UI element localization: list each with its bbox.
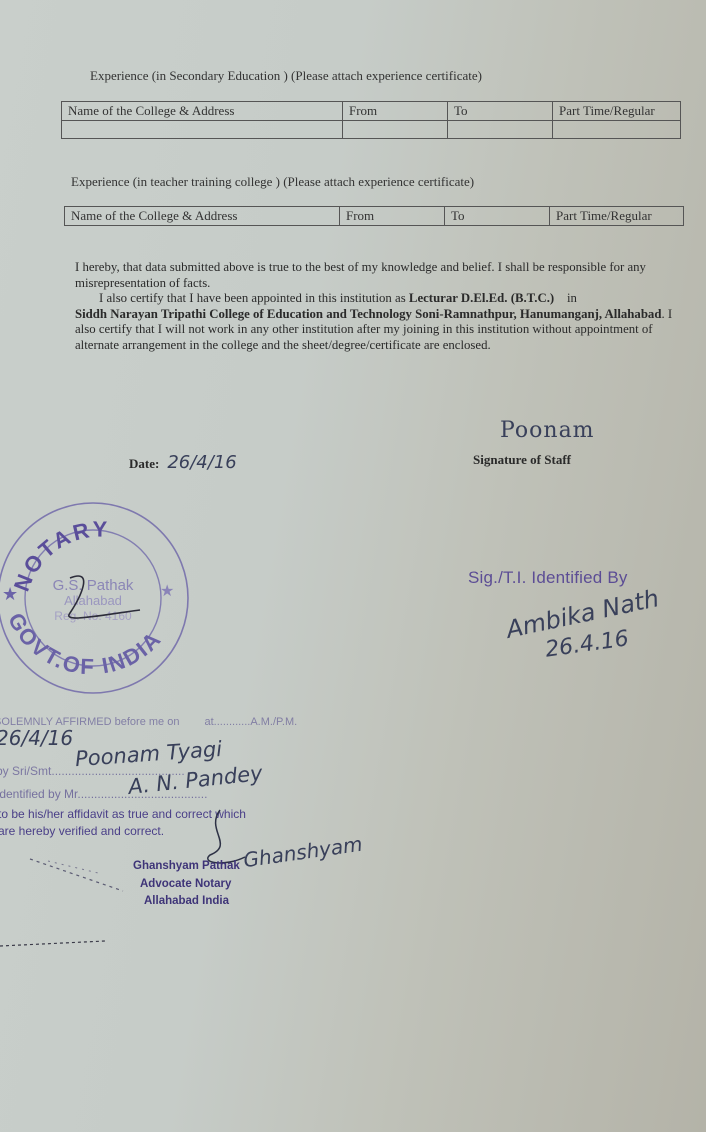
identified-by-label: Sig./T.I. Identified By: [468, 568, 628, 588]
column-header: Part Time/Regular: [553, 102, 681, 121]
dotted-line: [0, 938, 110, 950]
notary-stamp: NOTARY GOVT.OF INDIA G.S. Pathak Allahab…: [0, 498, 200, 708]
secondary-experience-title: Experience (in Secondary Education ) (Pl…: [90, 68, 482, 84]
declaration-text: in: [567, 291, 577, 305]
secondary-experience-table: Name of the College & Address From To Pa…: [61, 101, 681, 139]
notary-place: Allahabad India: [144, 895, 229, 907]
column-header: From: [340, 207, 445, 226]
table-cell: [343, 121, 448, 139]
notary-title: Advocate Notary: [140, 878, 231, 890]
training-experience-table: Name of the College & Address From To Pa…: [64, 206, 684, 226]
column-header: Name of the College & Address: [65, 207, 340, 226]
table-row: [62, 121, 681, 139]
stamp-smudge: [28, 855, 128, 895]
table-header-row: Name of the College & Address From To Pa…: [65, 207, 684, 226]
declaration-line-2: I also certify that I have been appointe…: [75, 291, 675, 307]
staff-signature: Poonam: [500, 418, 595, 443]
star-icon: ★: [2, 584, 18, 604]
column-header: Part Time/Regular: [550, 207, 684, 226]
column-header: To: [445, 207, 550, 226]
declaration: I hereby, that data submitted above is t…: [75, 260, 675, 354]
table-cell: [62, 121, 343, 139]
star-icon: ★: [160, 583, 174, 600]
date-field: Date: 26/4/16: [129, 452, 237, 473]
notary-name: Ghanshyam Pathak: [133, 860, 240, 872]
institution-name: Siddh Narayan Tripathi College of Educat…: [75, 307, 661, 321]
declaration-line-3: Siddh Narayan Tripathi College of Educat…: [75, 307, 675, 354]
column-header: To: [448, 102, 553, 121]
affidavit-date-hand: 26/4/16: [0, 726, 73, 750]
declaration-line-1: I hereby, that data submitted above is t…: [75, 260, 675, 291]
declaration-text: I also certify that I have been appointe…: [99, 291, 409, 305]
staff-signature-label: Signature of Staff: [473, 452, 571, 468]
column-header: From: [343, 102, 448, 121]
affidavit-text: by Sri/Smt.: [0, 764, 55, 778]
affidavit-text: Identified by Mr.: [0, 787, 81, 801]
date-label: Date:: [129, 456, 159, 471]
document-page: Experience (in Secondary Education ) (Pl…: [0, 0, 706, 1132]
table-cell: [448, 121, 553, 139]
column-header: Name of the College & Address: [62, 102, 343, 121]
date-value: 26/4/16: [167, 452, 236, 473]
deponent-name-hand: Poonam Tyagi: [74, 737, 222, 771]
designation: Lecturar D.El.Ed. (B.T.C.): [409, 291, 554, 305]
training-experience-title: Experience (in teacher training college …: [71, 174, 474, 190]
stamp-name: G.S. Pathak: [53, 577, 134, 594]
table-cell: [553, 121, 681, 139]
affidavit-time: at............A.M./P.M.: [205, 716, 298, 728]
stamp-city: Allahabad: [64, 593, 122, 608]
affidavit-line-5: are hereby verified and correct.: [0, 824, 164, 838]
table-header-row: Name of the College & Address From To Pa…: [62, 102, 681, 121]
